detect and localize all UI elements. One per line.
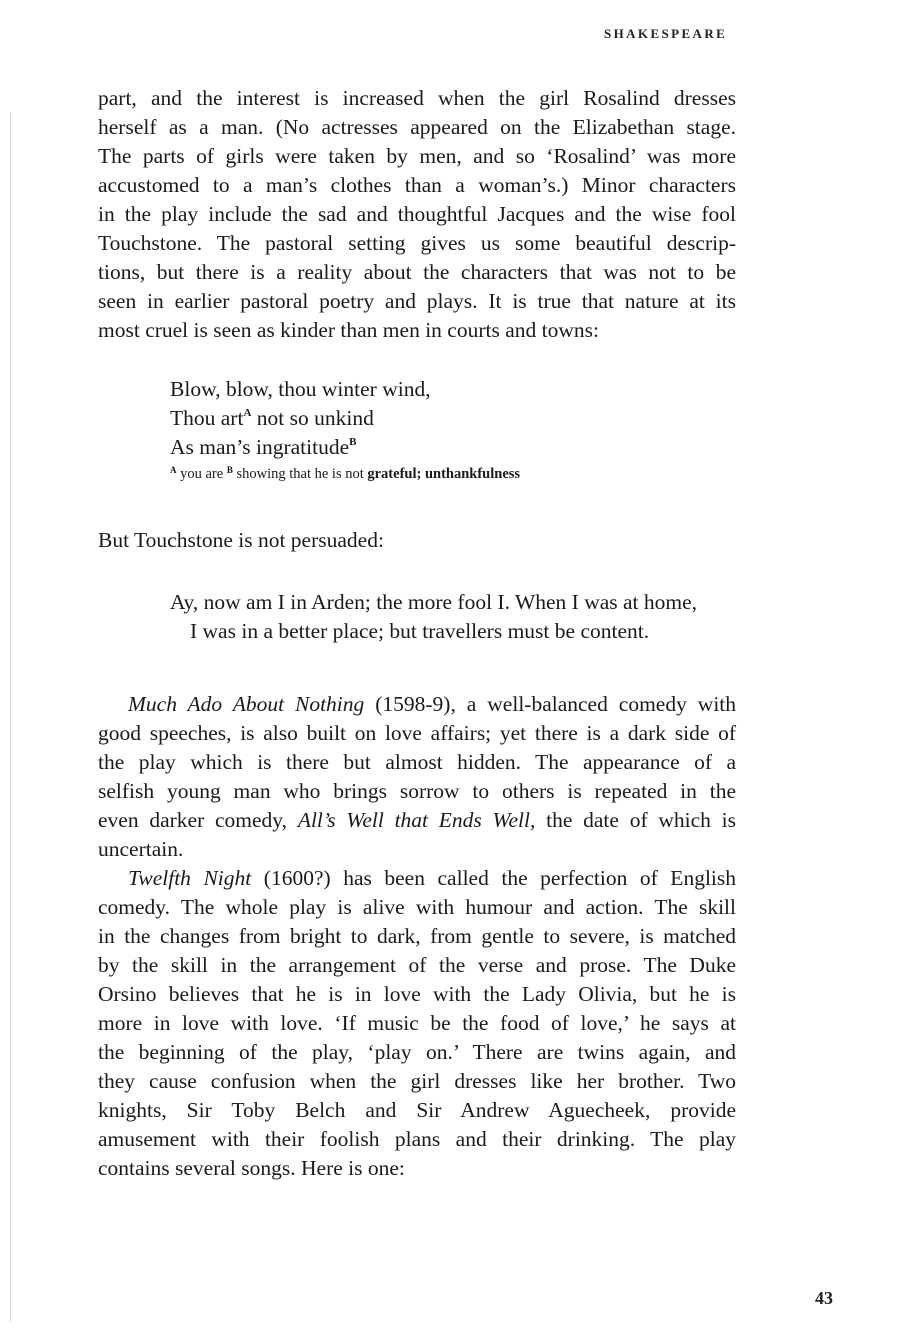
text-line: Touchstone. The pastoral setting gives u… — [98, 229, 736, 258]
footnote-marker: B — [349, 436, 356, 448]
play-title: Much Ado About Nothing — [128, 692, 364, 716]
quote-line: Ay, now am I in Arden; the more fool I. … — [170, 588, 697, 617]
text-line: more in love with love. ‘If music be the… — [98, 1009, 736, 1038]
gloss-text: showing that he is not — [233, 466, 368, 482]
gloss-text: you are — [177, 466, 227, 482]
text-line: tions, but there is a reality about the … — [98, 258, 736, 287]
text-segment: (1600?) has been called the perfection o… — [251, 866, 736, 890]
text-line: accustomed to a man’s clothes than a wom… — [98, 171, 736, 200]
play-title: All’s Well that Ends Well, — [298, 808, 536, 832]
text-line: part, and the interest is increased when… — [98, 84, 736, 113]
text-line: Orsino believes that he is in love with … — [98, 980, 736, 1009]
verse-line: Blow, blow, thou winter wind, — [170, 375, 431, 404]
text-segment: (1598-9), a well-balanced comedy with — [364, 692, 736, 716]
verse-line: As man’s ingratitudeB — [170, 433, 356, 462]
text-line: in the changes from bright to dark, from… — [98, 922, 736, 951]
verse-text: not so unkind — [251, 406, 373, 430]
text-line: by the skill in the arrangement of the v… — [98, 951, 736, 980]
paragraph-touchstone-intro: But Touchstone is not persuaded: — [98, 526, 736, 555]
gloss-text: grateful; unthankfulness — [367, 466, 520, 482]
page-number: 43 — [815, 1288, 833, 1309]
text-line: contains several songs. Here is one: — [98, 1154, 736, 1183]
verse-line: Thou artA not so unkind — [170, 404, 374, 433]
text-line: in the play include the sad and thoughtf… — [98, 200, 736, 229]
text-line: they cause confusion when the girl dress… — [98, 1067, 736, 1096]
text-line: herself as a man. (No actresses appeared… — [98, 113, 736, 142]
page-edge-line — [10, 112, 11, 1322]
play-title: Twelfth Night — [128, 866, 251, 890]
text-line: the beginning of the play, ‘play on.’ Th… — [98, 1038, 736, 1067]
verse-text: Thou art — [170, 406, 243, 430]
text-segment: even darker comedy, — [98, 808, 298, 832]
quote-line: I was in a better place; but travellers … — [190, 617, 649, 646]
running-head: SHAKESPEARE — [604, 26, 727, 42]
text-segment: the date of which is — [535, 808, 736, 832]
text-line: amusement with their foolish plans and t… — [98, 1125, 736, 1154]
text-line: comedy. The whole play is alive with hum… — [98, 893, 736, 922]
text-line: good speeches, is also built on love aff… — [98, 719, 736, 748]
gloss-footnote: A you are B showing that he is not grate… — [170, 466, 520, 483]
text-line: most cruel is seen as kinder than men in… — [98, 316, 736, 345]
text-line: seen in earlier pastoral poetry and play… — [98, 287, 736, 316]
text-line: The parts of girls were taken by men, an… — [98, 142, 736, 171]
text-line: uncertain. — [98, 835, 736, 864]
text-line: selfish young man who brings sorrow to o… — [98, 777, 736, 806]
text-line: the play which is there but almost hidde… — [98, 748, 736, 777]
text-line: knights, Sir Toby Belch and Sir Andrew A… — [98, 1096, 736, 1125]
text-line: even darker comedy, All’s Well that Ends… — [98, 806, 736, 835]
verse-text: As man’s ingratitude — [170, 435, 349, 459]
text-line: Twelfth Night (1600?) has been called th… — [128, 864, 736, 893]
text-line: Much Ado About Nothing (1598-9), a well-… — [128, 690, 736, 719]
